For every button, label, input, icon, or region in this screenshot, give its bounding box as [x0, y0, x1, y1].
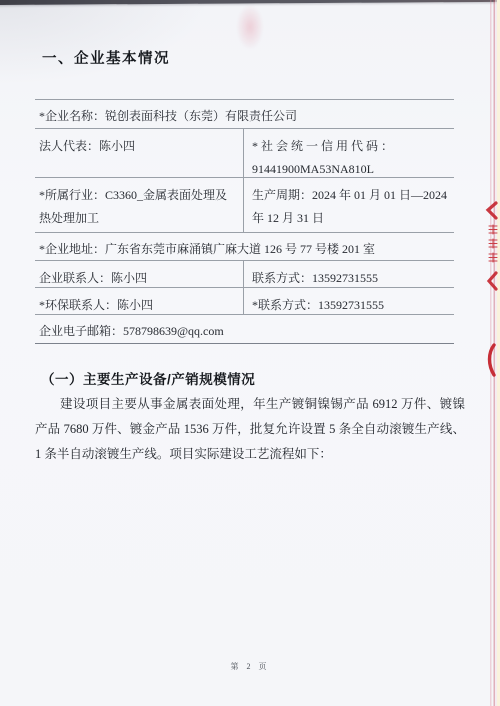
page-number: 第 2 页 — [0, 661, 500, 672]
industry-cell: *所属行业：C3360_金属表面处理及热处理加工 — [35, 178, 243, 232]
contact-person-cell: 企业联系人：陈小四 — [35, 261, 243, 287]
table-row-contact: 企业联系人：陈小四 联系方式：13592731555 — [35, 261, 454, 288]
address-cell: *企业地址：广东省东莞市麻涌镇广麻大道 126 号 77 号楼 201 室 — [35, 233, 454, 260]
document-page: 一、企业基本情况 *企业名称：锐创表面科技（东莞）有限责任公司 法人代表：陈小四… — [0, 0, 500, 706]
table-row-address: *企业地址：广东省东莞市麻涌镇广麻大道 126 号 77 号楼 201 室 — [35, 233, 454, 261]
section-heading: 一、企业基本情况 — [42, 47, 170, 68]
credit-code-label: * 社 会 统 一 信 用 代 码 ： — [252, 135, 450, 158]
table-row-env-contact: *环保联系人：陈小四 *联系方式：13592731555 — [35, 288, 454, 315]
table-row-company-name: *企业名称：锐创表面科技（东莞）有限责任公司 — [35, 100, 454, 129]
email-cell: 企业电子邮箱：578798639@qq.com — [35, 315, 454, 343]
subsection-heading: （一）主要生产设备/产销规模情况 — [41, 368, 255, 388]
env-contact-person-cell: *环保联系人：陈小四 — [35, 288, 243, 314]
red-ink-smudge — [236, 4, 264, 50]
company-name-cell: *企业名称：锐创表面科技（东莞）有限责任公司 — [35, 100, 454, 128]
body-paragraph: 建设项目主要从事金属表面处理，年生产镀铜镍锡产品 6912 万件、镀镍产品 76… — [35, 392, 465, 467]
legal-rep-cell: 法人代表：陈小四 — [35, 129, 243, 177]
production-period-cell: 生产周期：2024 年 01 月 01 日—2024 年 12 月 31 日 — [243, 178, 454, 232]
red-stamp-fragment-icon — [481, 197, 499, 387]
env-contact-phone-cell: *联系方式：13592731555 — [243, 288, 454, 314]
table-row-legal-rep: 法人代表：陈小四 * 社 会 统 一 信 用 代 码 ： 91441900MA5… — [35, 129, 454, 178]
contact-phone-cell: 联系方式：13592731555 — [243, 261, 454, 287]
company-info-table: *企业名称：锐创表面科技（东莞）有限责任公司 法人代表：陈小四 * 社 会 统 … — [35, 99, 454, 344]
table-row-industry: *所属行业：C3360_金属表面处理及热处理加工 生产周期：2024 年 01 … — [35, 178, 454, 233]
table-row-email: 企业电子邮箱：578798639@qq.com — [35, 315, 454, 344]
credit-code-cell: * 社 会 统 一 信 用 代 码 ： 91441900MA53NA810L — [243, 129, 454, 177]
